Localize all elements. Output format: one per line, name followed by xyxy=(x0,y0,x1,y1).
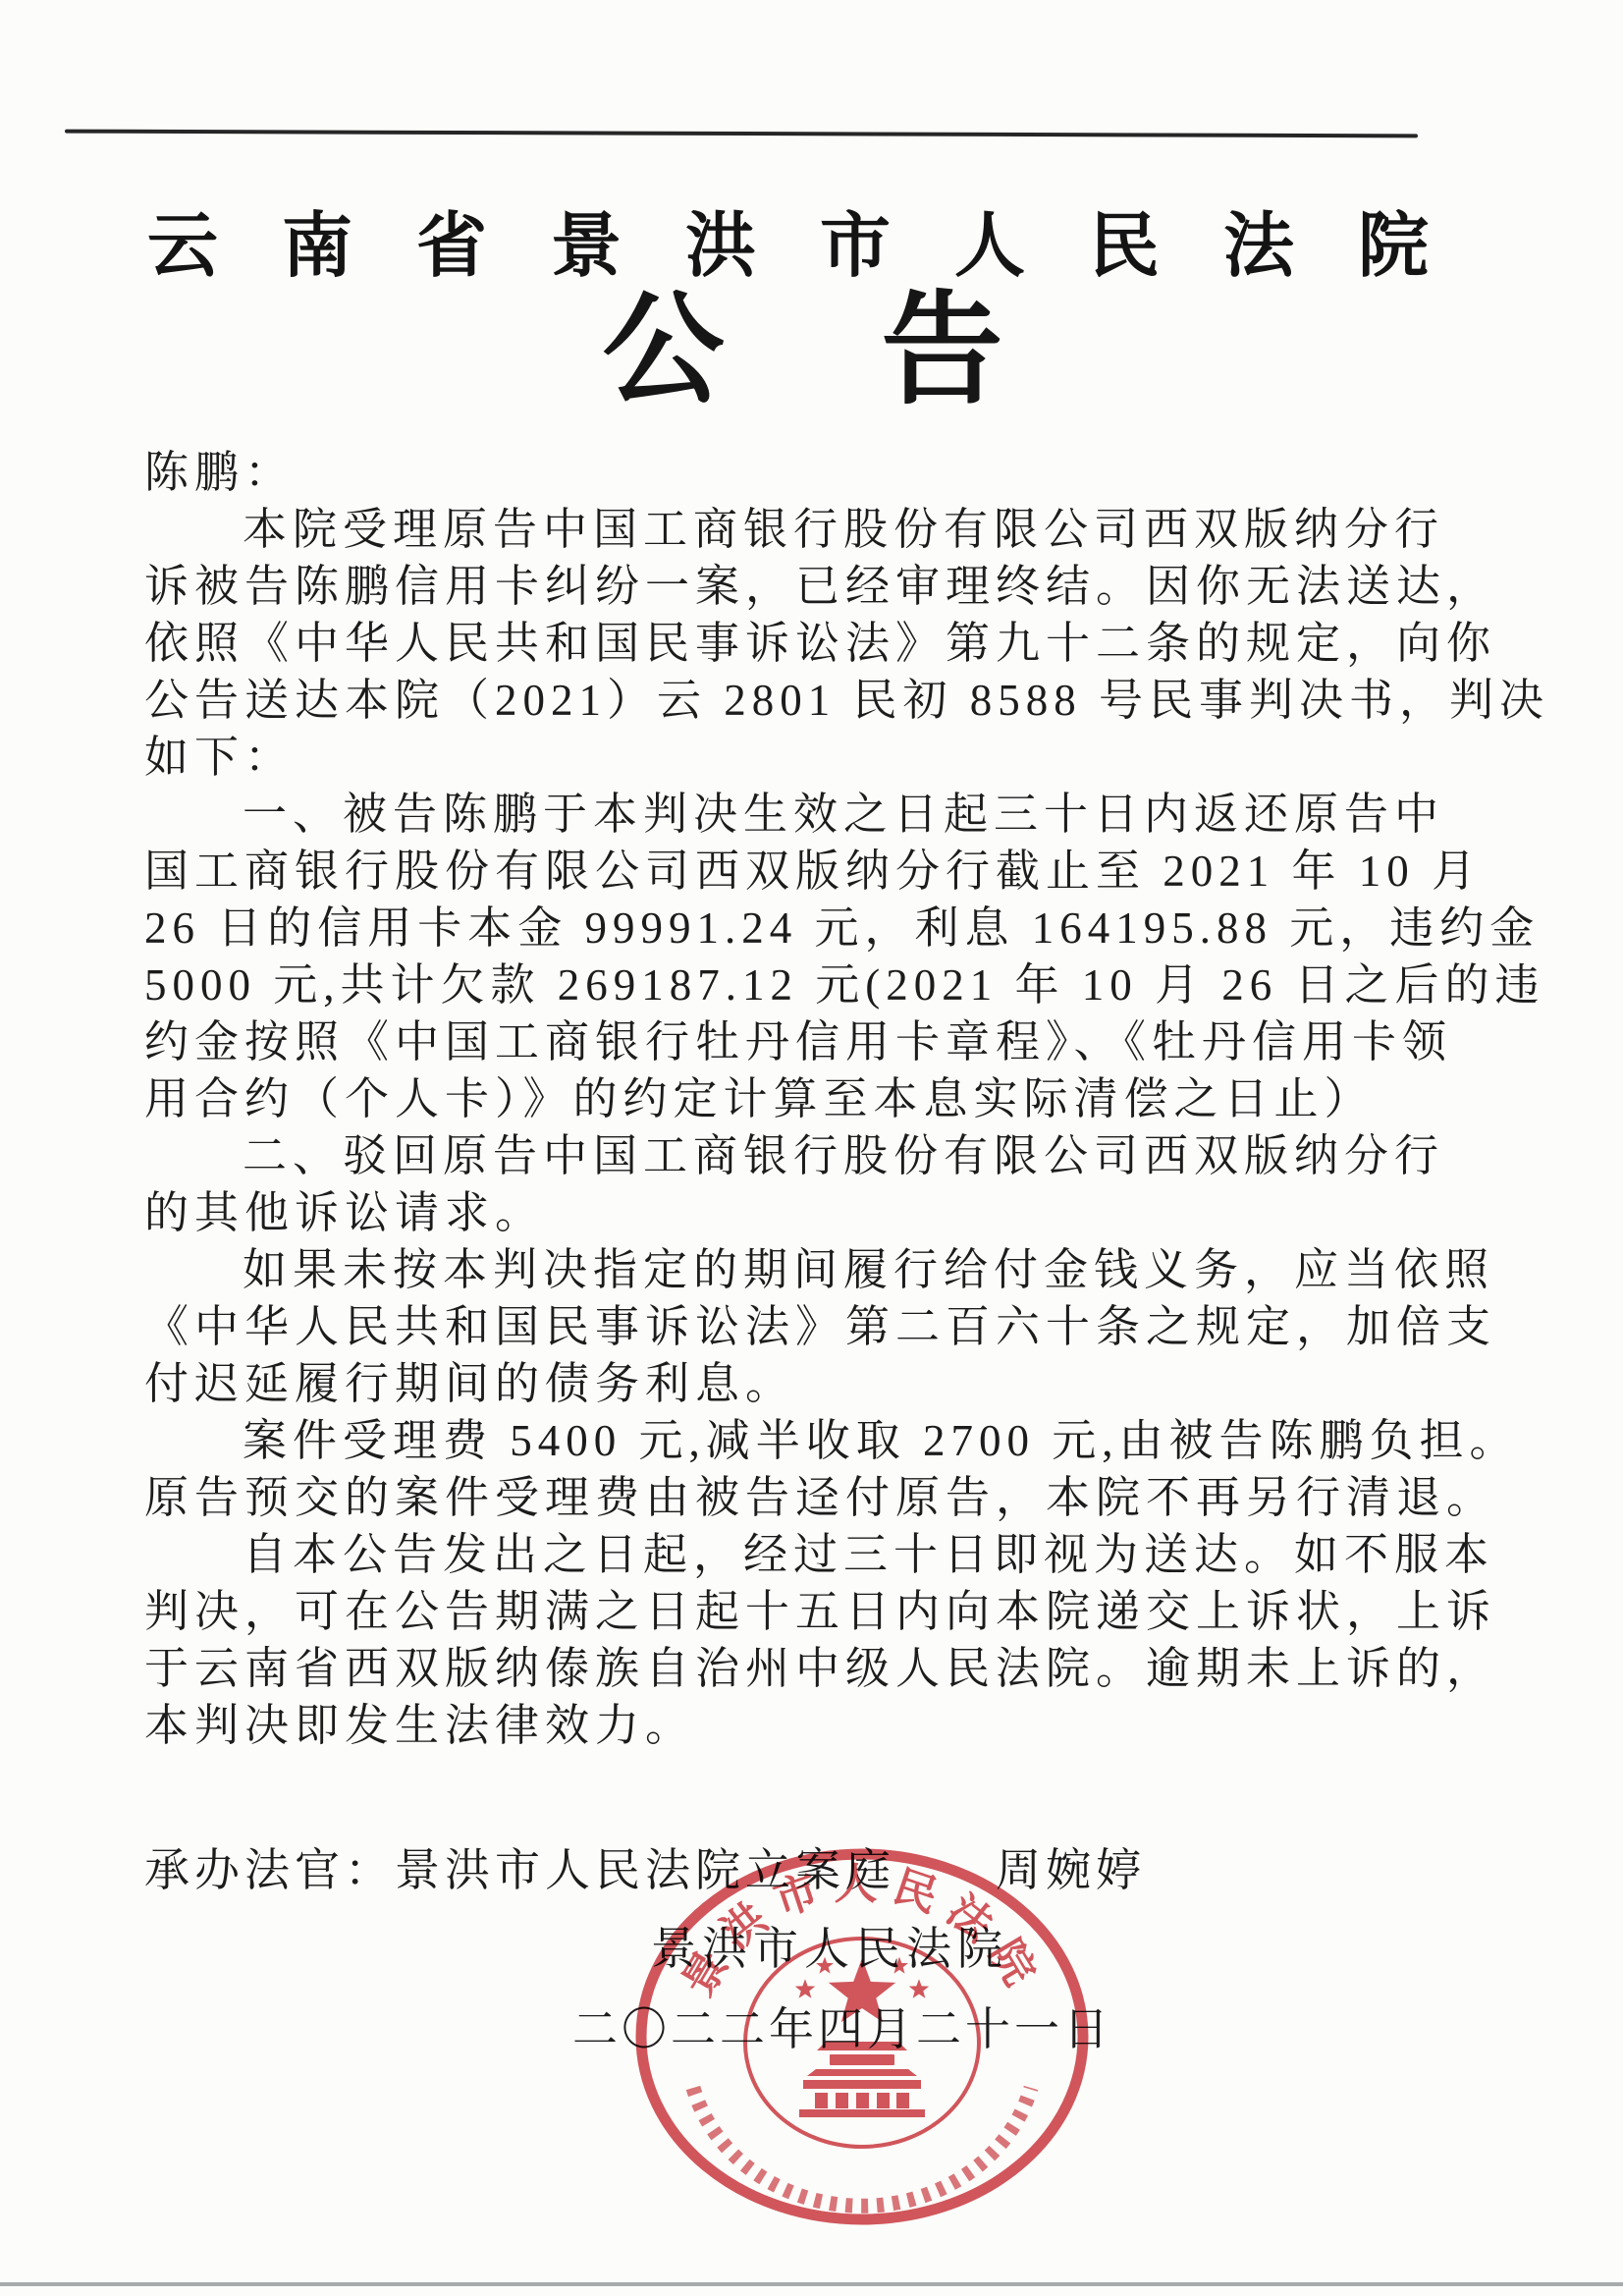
body-line: 5000 元,共计欠款 269187.12 元(2021 年 10 月 26 日… xyxy=(144,957,1519,1013)
body-line: 国工商银行股份有限公司西双版纳分行截止至 2021 年 10 月 xyxy=(144,843,1519,900)
body-line: 付迟延履行期间的债务利息。 xyxy=(144,1355,1519,1412)
body-line: 陈鹏： xyxy=(144,444,1519,501)
body-line: 约金按照《中国工商银行牡丹信用卡章程》、《牡丹信用卡领 xyxy=(144,1013,1519,1070)
body-line: 26 日的信用卡本金 99991.24 元，利息 164195.88 元，违约金 xyxy=(144,900,1519,957)
body-line: 如下： xyxy=(144,729,1519,786)
seal-outer-ring xyxy=(641,1854,1083,2219)
court-name-header: 云南省景洪市人民法院 xyxy=(147,189,1429,287)
seal-small-star xyxy=(795,1979,816,1998)
body-line: 判决，可在公告期满之日起十五日内向本院递交上诉状，上诉 xyxy=(144,1583,1519,1640)
body-line: 依照《中华人民共和国民事诉讼法》第九十二条的规定，向你 xyxy=(144,615,1519,672)
seal-small-star xyxy=(891,1957,908,1974)
seal-emblem-star xyxy=(829,1958,895,2022)
body-line: 案件受理费 5400 元,减半收取 2700 元,由被告陈鹏负担。 xyxy=(144,1412,1519,1469)
scan-edge-bottom-line xyxy=(0,2282,1623,2286)
body-line: 自本公告发出之日起，经过三十日即视为送达。如不服本 xyxy=(144,1526,1519,1583)
body-line: 诉被告陈鹏信用卡纠纷一案，已经审理终结。因你无法送达， xyxy=(144,558,1519,615)
seal-emblem-gate xyxy=(799,2042,925,2117)
body-line: 用合约（个人卡）》的约定计算至本息实际清偿之日止） xyxy=(144,1070,1519,1127)
body-line: 本院受理原告中国工商银行股份有限公司西双版纳分行 xyxy=(144,501,1519,558)
court-seal: 景洪市人民法院 xyxy=(631,1844,1093,2229)
body-line: 于云南省西双版纳傣族自治州中级人民法院。逾期未上诉的， xyxy=(144,1640,1519,1697)
body-line: 的其他诉讼请求。 xyxy=(144,1184,1519,1241)
body-lines: 陈鹏：本院受理原告中国工商银行股份有限公司西双版纳分行诉被告陈鹏信用卡纠纷一案，… xyxy=(144,444,1519,1754)
body-line: 公告送达本院（2021）云 2801 民初 8588 号民事判决书，判决 xyxy=(144,672,1519,729)
scan-artifact-top-line xyxy=(65,130,1418,138)
body-line: 本判决即发生法律效力。 xyxy=(144,1697,1519,1754)
seal-small-star xyxy=(816,1957,834,1974)
body-line: 二、驳回原告中国工商银行股份有限公司西双版纳分行 xyxy=(144,1127,1519,1184)
court-seal-graphic: 景洪市人民法院 xyxy=(631,1844,1093,2229)
body-line: 《中华人民共和国民事诉讼法》第二百六十条之规定，加倍支 xyxy=(144,1298,1519,1355)
body-line: 如果未按本判决指定的期间履行给付金钱义务，应当依照 xyxy=(144,1241,1519,1298)
doc-title: 公 告 xyxy=(0,279,1623,425)
seal-small-star xyxy=(909,1979,930,1998)
body-line: 原告预交的案件受理费由被告迳付原告，本院不再另行清退。 xyxy=(144,1469,1519,1526)
announcement-page: 云南省景洪市人民法院 公 告 陈鹏：本院受理原告中国工商银行股份有限公司西双版纳… xyxy=(0,0,1623,2296)
body-text: 陈鹏：本院受理原告中国工商银行股份有限公司西双版纳分行诉被告陈鹏信用卡纠纷一案，… xyxy=(144,444,1519,1754)
body-line: 一、被告陈鹏于本判决生效之日起三十日内返还原告中 xyxy=(144,786,1519,843)
